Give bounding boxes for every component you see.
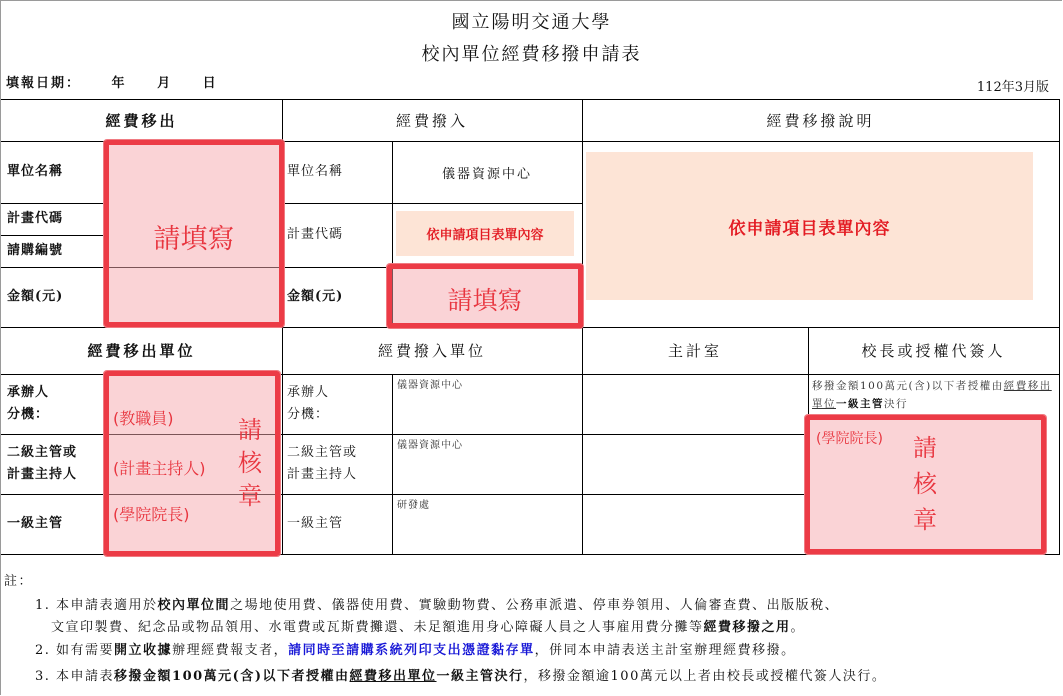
note-bold: 校內單位間 [158, 598, 231, 613]
university-title: 國立陽明交通大學 [0, 8, 1063, 34]
note-text: 2. 如有需要 [35, 643, 114, 658]
note-text: 。 [791, 620, 806, 635]
note-text: 之場地使用費、儀器使用費、實驗動物費、公務車派遣、停車券領用、人倫審查費、出版版… [230, 598, 839, 613]
stamp-role-dean: (學院院長) [113, 502, 190, 525]
date-label: 填報日期： [6, 76, 81, 91]
in-project-code-field[interactable]: 依申請項目表單內容 [396, 211, 574, 256]
in-level1-label: 一級主管 [283, 494, 392, 554]
accounting-office-header: 主計室 [582, 327, 808, 374]
note-3: 3. 本申請表移撥金額100萬元(含)以下者授權由經費移出單位一級主管決行，移撥… [35, 665, 886, 684]
out-level1-label: 一級主管 [1, 494, 106, 554]
day-field[interactable]: 日 [203, 76, 218, 91]
president-authorization-note: 移撥金額100萬元(含)以下者授權由經費移出單位一級主管決行 [812, 377, 1056, 413]
note-text: 1. 本申請表適用於 [35, 598, 158, 613]
in-unit-name-value: 儀器資源中心 [392, 141, 582, 203]
president-header: 校長或授權代簽人 [808, 327, 1059, 374]
president-stamp-box[interactable]: (學院院長) 請核章 [805, 415, 1046, 554]
level2-label: 二級主管或 [287, 442, 357, 464]
note-bold: 開立收據 [114, 643, 172, 658]
handler-label: 承辦人 [287, 382, 329, 404]
funds-in-header: 經費撥入 [282, 99, 582, 141]
note-text: 決行 [884, 398, 908, 410]
note-text: ，併同本申請表送主計室辦理經費移撥。 [535, 643, 796, 658]
in-project-code-label: 計畫代碼 [283, 203, 392, 267]
note-1: 1. 本申請表適用於校內單位間之場地使用費、儀器使用費、實驗動物費、公務車派遣、… [35, 594, 839, 613]
note-highlight: 請同時至請購系統列印支出憑證黏存單 [288, 643, 535, 658]
out-amount-label: 金額(元) [1, 267, 106, 327]
note-text: 辦理經費報支者， [172, 643, 288, 658]
note-bold: 移撥金額100萬元(含)以下者授權由 [114, 669, 349, 684]
out-purchase-no-label: 請購編號 [1, 235, 106, 267]
note-bold: 經費移撥之用 [704, 620, 791, 635]
transfer-description-header: 經費移撥說明 [582, 99, 1059, 141]
stamp-role-dean: (學院院長) [816, 428, 883, 448]
form-title: 校內單位經費移撥申請表 [0, 40, 1063, 66]
in-level1-unit[interactable]: 研發處 [393, 494, 582, 554]
out-project-code-label: 計畫代碼 [1, 203, 106, 235]
in-handler-label: 承辦人 分機： [283, 374, 392, 434]
note-text: 文宣印製費、紀念品或物品領用、水電費或瓦斯費攤還、未足額進用身心障礙人員之人事雇… [51, 620, 704, 635]
in-unit-name-label: 單位名稱 [283, 141, 392, 203]
accounting-signature-area[interactable] [583, 374, 808, 554]
in-amount-fill-box[interactable]: 請填寫 [387, 264, 583, 328]
year-field[interactable]: 年 [112, 76, 127, 91]
in-handler-unit[interactable]: 儀器資源中心 [393, 374, 582, 434]
extension-label: 分機： [7, 404, 49, 426]
note-1-cont: 文宣印製費、紀念品或物品領用、水電費或瓦斯費攤還、未足額進用身心障礙人員之人事雇… [51, 616, 805, 635]
funds-out-header: 經費移出 [1, 99, 282, 141]
date-row: 填報日期： 年 月 日 [6, 72, 224, 91]
note-bold: 一級主管決行 [437, 669, 524, 684]
grid-line [1059, 99, 1060, 554]
transfer-description-field[interactable]: 依申請項目表單內容 [586, 152, 1033, 300]
note-text: 3. 本申請表 [35, 669, 114, 684]
in-amount-label: 金額(元) [283, 267, 392, 327]
note-2: 2. 如有需要開立收據辦理經費報支者，請同時至請購系統列印支出憑證黏存單，併同本… [35, 639, 796, 658]
version-label: 112年3月版 [977, 76, 1049, 95]
extension-label: 分機： [287, 404, 329, 426]
funds-out-fill-box[interactable]: 請填寫 [104, 140, 284, 327]
stamp-role-pi: (計畫主持人) [113, 456, 206, 479]
note-text: 移撥金額100萬元(含)以下者授權由 [812, 380, 1004, 392]
fill-hint: 請填寫 [109, 217, 279, 256]
out-handler-label: 承辦人 分機： [1, 374, 106, 434]
stamp-role-staff: (教職員) [113, 406, 174, 429]
level2-label: 二級主管或 [7, 442, 77, 464]
out-unit-signoff-header: 經費移出單位 [1, 327, 282, 374]
notes-label: 註： [4, 570, 33, 589]
in-unit-signoff-header: 經費撥入單位 [282, 327, 582, 374]
in-level2-unit[interactable]: 儀器資源中心 [393, 434, 582, 494]
pi-label: 計畫主持人 [7, 464, 77, 486]
note-bold: 一級主管 [836, 398, 884, 410]
in-level2-label: 二級主管或 計畫主持人 [283, 434, 392, 494]
out-level2-label: 二級主管或 計畫主持人 [1, 434, 106, 494]
pi-label: 計畫主持人 [287, 464, 357, 486]
note-bold-underline: 經費移出單位 [350, 669, 437, 684]
handler-label: 承辦人 [7, 382, 49, 404]
fill-hint: 請填寫 [392, 281, 578, 317]
note-text: ，移撥金額逾100萬元以上者由校長或授權代簽人決行。 [524, 669, 887, 684]
month-field[interactable]: 月 [157, 76, 172, 91]
out-unit-name-label: 單位名稱 [1, 141, 106, 203]
stamp-hint: 請核章 [910, 430, 940, 538]
out-unit-stamp-box[interactable]: (教職員) (計畫主持人) (學院院長) 請核章 [104, 371, 280, 556]
stamp-hint: 請核章 [237, 414, 263, 513]
